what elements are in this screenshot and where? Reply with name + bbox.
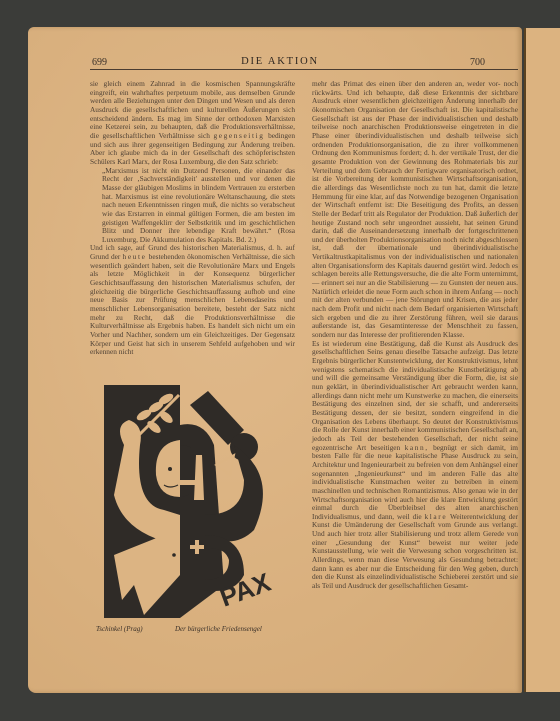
emphasis: heute	[123, 252, 147, 261]
paragraph: mehr das Primat des einen über den ander…	[312, 80, 518, 340]
illustration-artist-caption: Tschinkel (Prag)	[96, 625, 143, 633]
next-page-edge	[524, 28, 560, 692]
page-number-left: 699	[92, 57, 107, 68]
paragraph: Und ich sage, auf Grund des historischen…	[90, 244, 295, 357]
emphasis: klare	[425, 512, 448, 521]
emphasis: gegenseitig	[213, 131, 264, 140]
paragraph: sie gleich einem Zahnrad in die kosmisch…	[90, 80, 295, 167]
paragraph: Es ist wiederum eine Bestätigung, daß di…	[312, 340, 518, 591]
illustration-peace-angel: PAX	[104, 385, 284, 620]
woodcut-illustration-icon: PAX	[104, 385, 284, 620]
publication-title: DIE AKTION	[170, 56, 390, 67]
illustration-title-caption: Der bürgerliche Friedensengel	[175, 625, 262, 633]
left-text-column: sie gleich einem Zahnrad in die kosmisch…	[90, 80, 295, 357]
block-quote: „Marxismus ist nicht ein Dutzend Persone…	[90, 167, 295, 245]
page-number-right: 700	[470, 57, 485, 68]
emphasis: kann,	[405, 443, 429, 452]
right-text-column: mehr das Primat des einen über den ander…	[312, 80, 518, 591]
header-rule	[90, 69, 518, 70]
